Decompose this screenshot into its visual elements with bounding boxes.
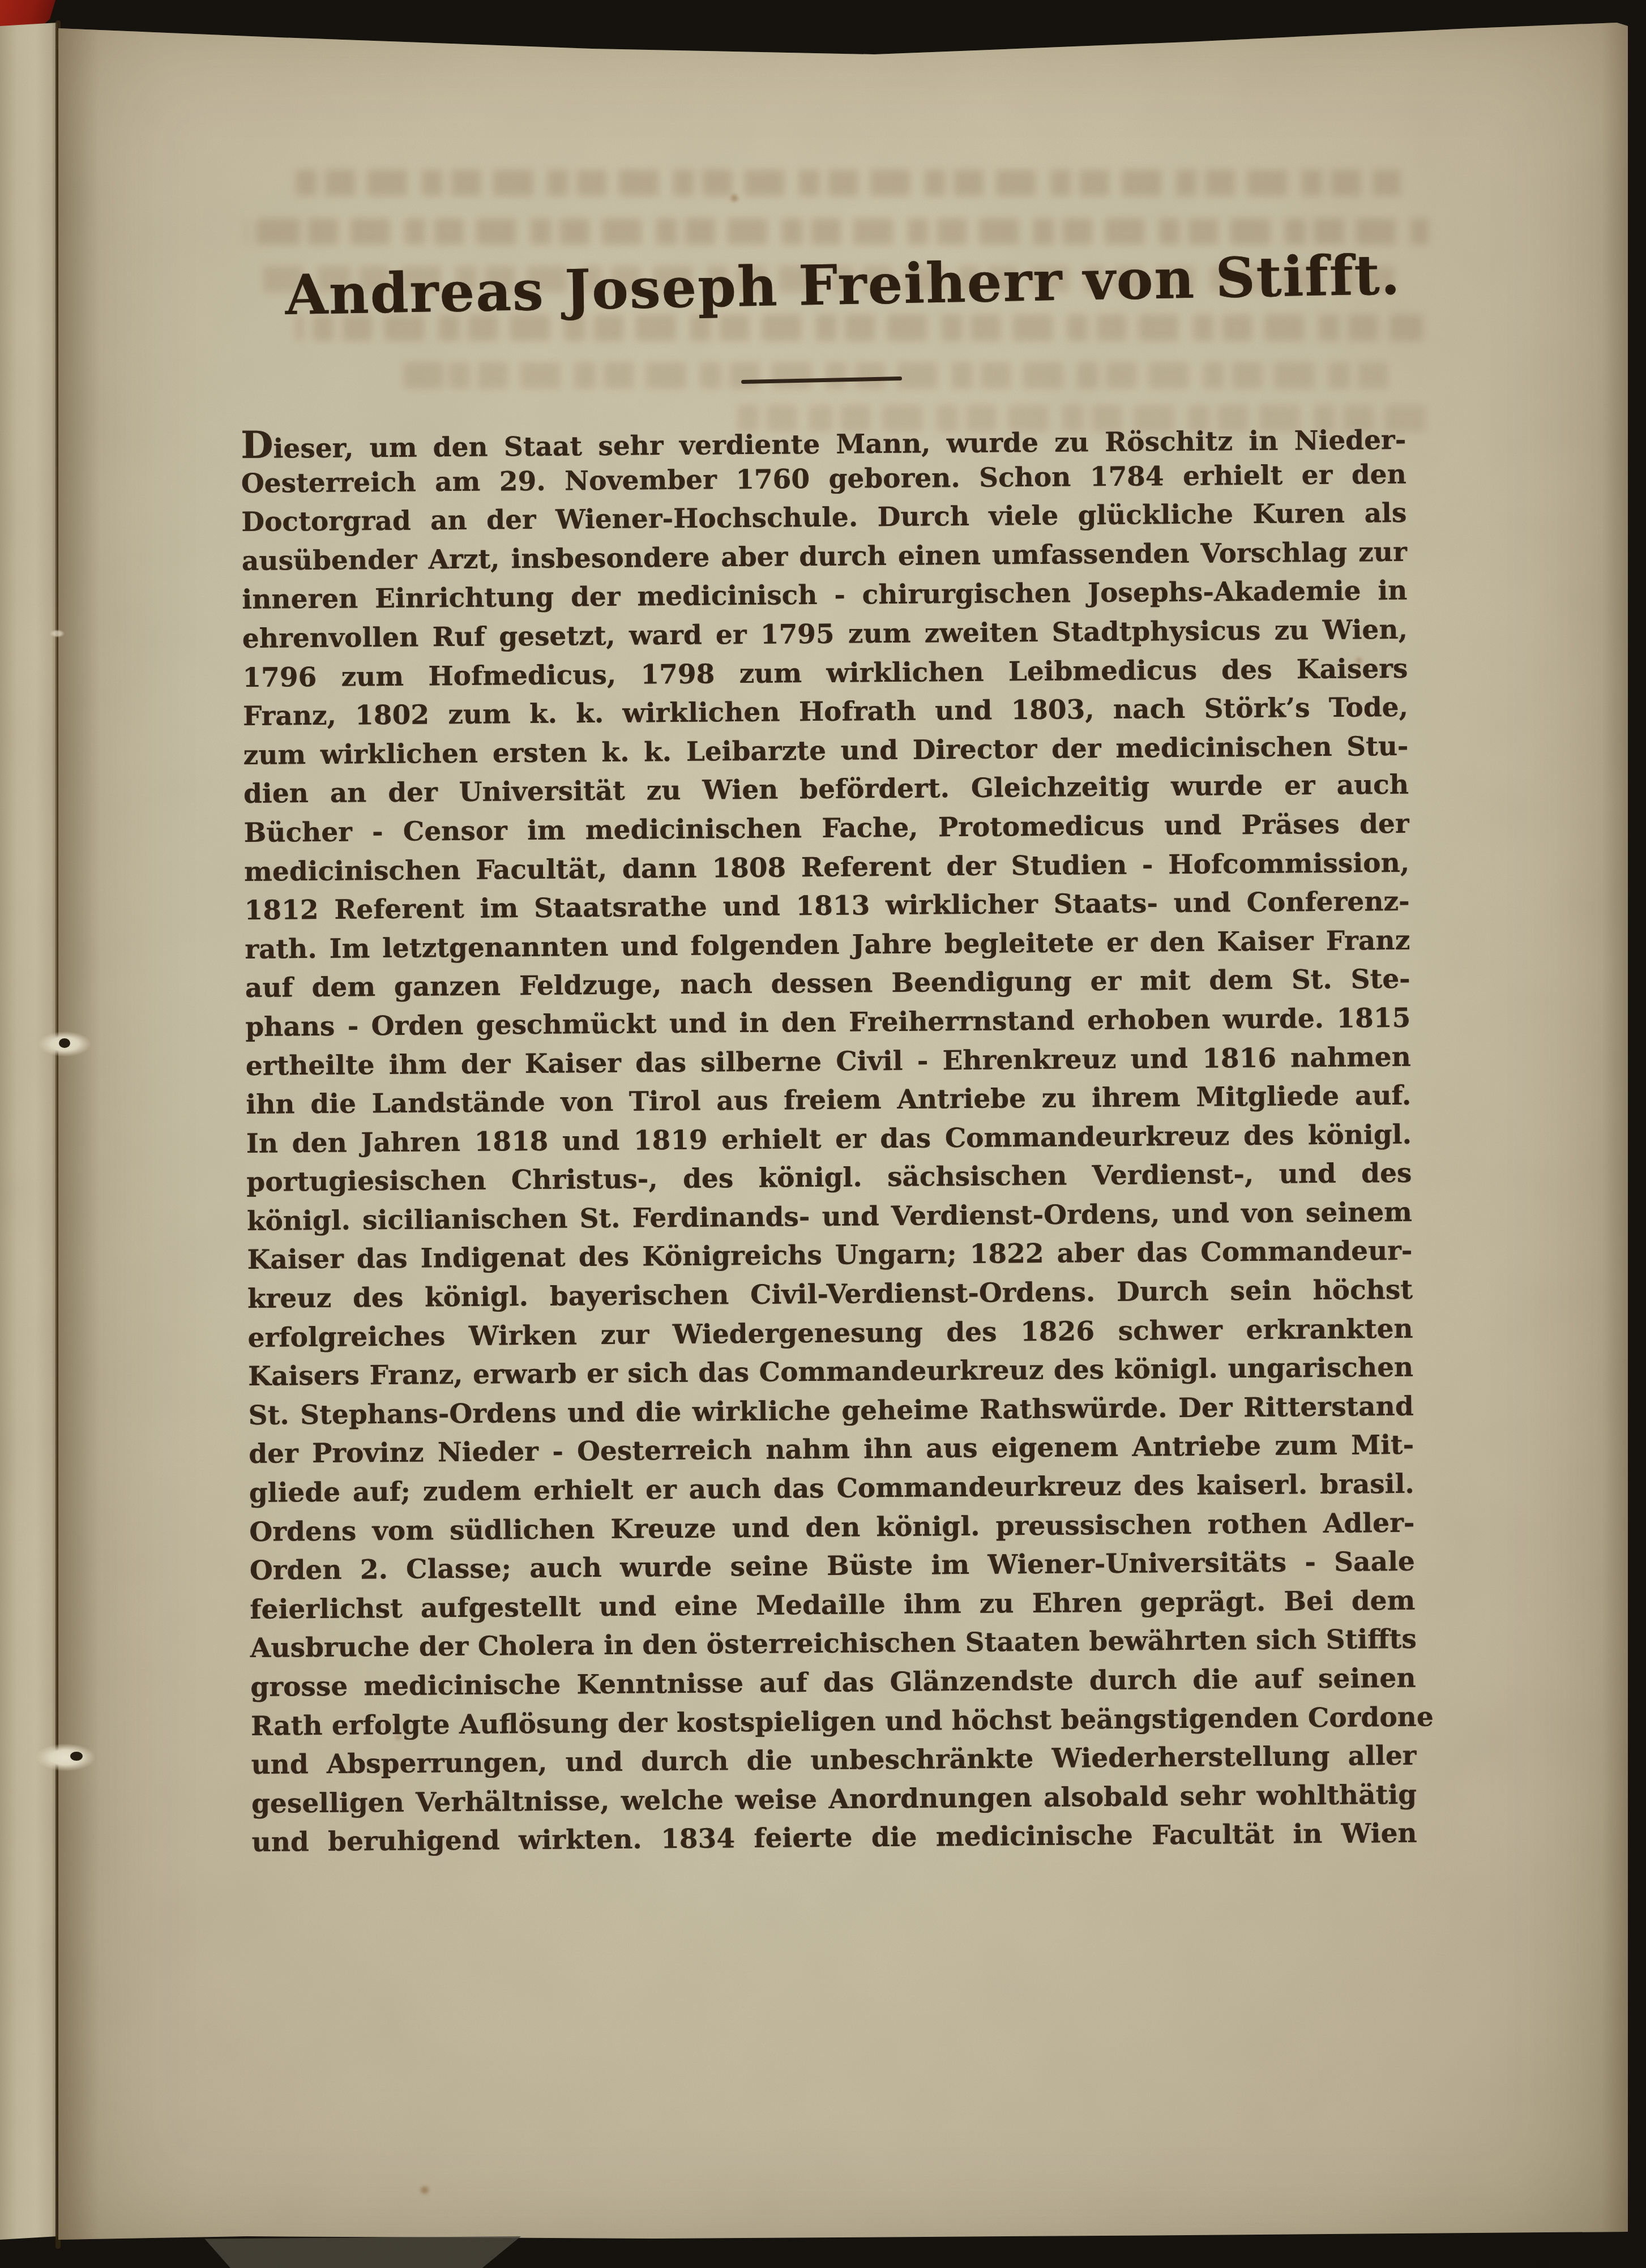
foxing-spot [421,2186,429,2194]
bleed-through-text [398,362,1395,388]
sewing-hole-dot [70,1752,83,1761]
foxing-spot [731,195,738,202]
scanned-page: Andreas Joseph Freiherr von Stifft. Dies… [58,0,1628,2268]
sewing-hole [50,630,65,637]
bleed-through-text [296,170,1400,196]
sewing-hole [36,1744,95,1771]
bleed-through-text [245,219,1429,245]
sewing-hole-dot [59,1038,70,1048]
book-scan: Andreas Joseph Freiherr von Stifft. Dies… [0,0,1646,2268]
previous-page-edge [0,23,57,2240]
book-fore-edge-shadow [198,2236,521,2268]
body-text: Dieser, um den Staat sehr verdiente Mann… [241,417,1417,1863]
